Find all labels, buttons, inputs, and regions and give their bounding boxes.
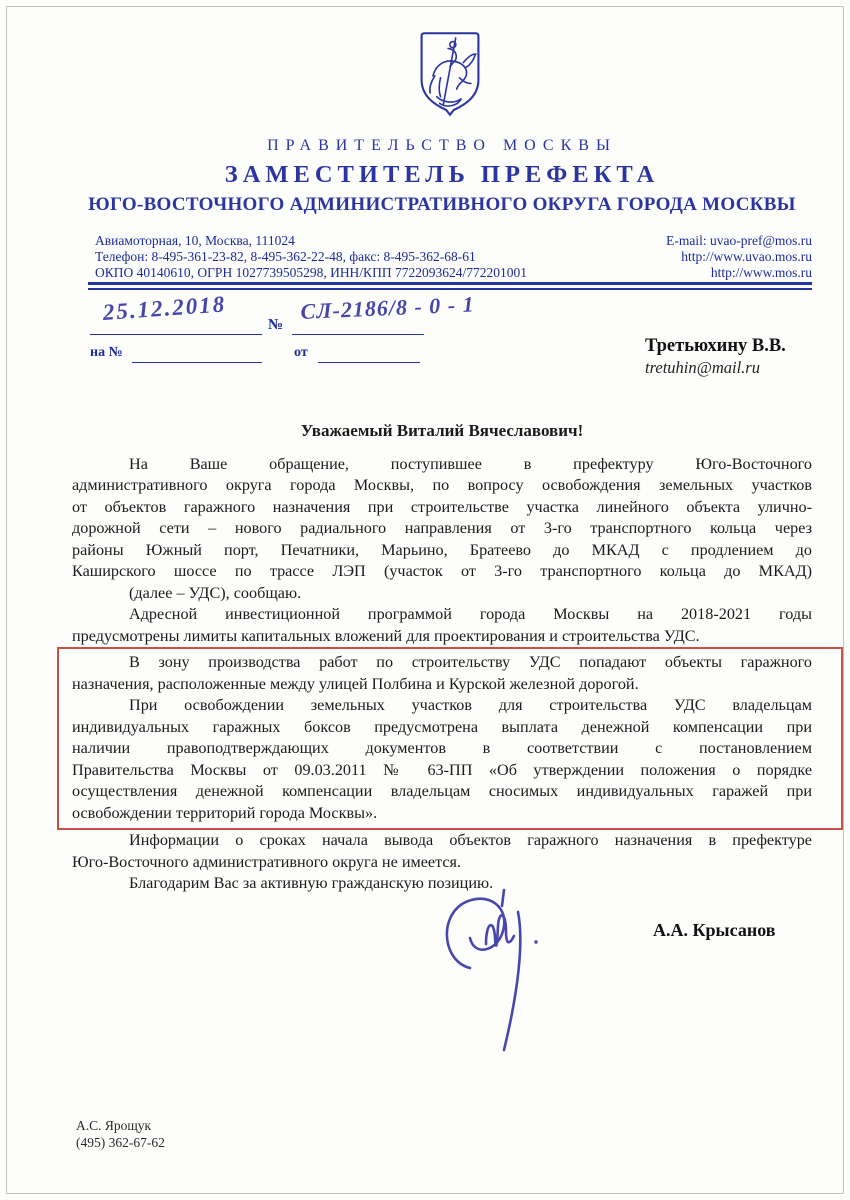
body-line: районы Южный порт, Печатники, Марьино, Б… — [72, 540, 812, 562]
recipient-name: Третьюхину В.В. — [645, 335, 786, 357]
office-title: ЗАМЕСТИТЕЛЬ ПРЕФЕКТА — [72, 161, 812, 189]
salutation: Уважаемый Виталий Вячеславович! — [72, 420, 812, 442]
executor-phone: (495) 362-67-62 — [76, 1135, 165, 1152]
paragraph-4: При освобождении земельных участков для … — [72, 695, 812, 824]
reply-number-underline — [132, 362, 262, 363]
body-line: Информации о сроках начала вывода объект… — [72, 830, 812, 852]
website-mos: http://www.mos.ru — [666, 265, 812, 281]
letter-body: Уважаемый Виталий Вячеславович! На Ваше … — [72, 420, 812, 895]
body-line: наличии правоподтверждающих документов в… — [72, 738, 812, 760]
body-line: административного округа города Москвы, … — [72, 475, 812, 497]
letter-page: ПРАВИТЕЛЬСТВО МОСКВЫ ЗАМЕСТИТЕЛЬ ПРЕФЕКТ… — [0, 0, 850, 1200]
reply-to-label: на № — [90, 345, 123, 361]
body-line: В зону производства работ по строительст… — [72, 652, 812, 674]
executor-name: А.С. Ярощук — [76, 1118, 165, 1135]
website-uvao: http://www.uvao.mos.ru — [666, 249, 812, 265]
body-line: Адресной инвестиционной программой город… — [72, 604, 812, 626]
handwritten-date: 25.12.2018 — [102, 291, 227, 326]
recipient-block: Третьюхину В.В. tretuhin@mail.ru — [645, 335, 786, 379]
body-line: осуществления денежной компенсации владе… — [72, 781, 812, 803]
signatory-name: А.А. Крысанов — [653, 920, 775, 941]
number-underline — [292, 334, 424, 335]
registry-codes: ОКПО 40140610, ОГРН 1027739505298, ИНН/К… — [95, 265, 527, 281]
reply-from-label: от — [294, 345, 308, 361]
phone-fax: Телефон: 8-495-361-23-82, 8-495-362-22-4… — [95, 249, 527, 265]
body-line: индивидуальных гаражных боксов предусмот… — [72, 717, 812, 739]
signature-icon — [440, 882, 590, 1060]
highlight-box: В зону производства работ по строительст… — [57, 647, 843, 830]
office-subtitle: ЮГО-ВОСТОЧНОГО АДМИНИСТРАТИВНОГО ОКРУГА … — [72, 194, 812, 216]
email-line: E-mail: uvao-pref@mos.ru — [666, 233, 812, 249]
paragraph-3: В зону производства работ по строительст… — [72, 652, 812, 695]
postal-address: Авиамоторная, 10, Москва, 111024 — [95, 233, 527, 249]
body-line: назначения, расположенные между улицей П… — [72, 674, 812, 696]
body-line: Правительства Москвы от 09.03.2011 № 63-… — [72, 760, 812, 782]
paragraph-1: На Ваше обращение, поступившее в префект… — [72, 454, 812, 605]
paragraph-2: Адресной инвестиционной программой город… — [72, 604, 812, 647]
moscow-coat-of-arms-icon — [414, 28, 486, 120]
body-line: При освобождении земельных участков для … — [72, 695, 812, 717]
body-line: освобождении территорий города Москвы». — [72, 803, 812, 825]
contact-block: Авиамоторная, 10, Москва, 111024 Телефон… — [95, 233, 812, 280]
date-underline — [90, 334, 262, 335]
contact-left: Авиамоторная, 10, Москва, 111024 Телефон… — [95, 233, 527, 280]
body-line: (далее – УДС), сообщаю. — [72, 583, 812, 605]
body-line: Каширского шоссе по трассе ЛЭП (участок … — [72, 561, 812, 583]
body-line: дорожной сети – нового радиального напра… — [72, 518, 812, 540]
body-line: предусмотрены лимиты капитальных вложени… — [72, 626, 812, 648]
recipient-email: tretuhin@mail.ru — [645, 357, 786, 379]
contact-right: E-mail: uvao-pref@mos.ru http://www.uvao… — [666, 233, 812, 280]
body-line: На Ваше обращение, поступившее в префект… — [72, 454, 812, 476]
header-divider — [88, 282, 812, 290]
paragraph-5: Информации о сроках начала вывода объект… — [72, 830, 812, 873]
body-line: Юго-Восточного административного округа … — [72, 852, 812, 874]
reply-date-underline — [318, 362, 420, 363]
executor-block: А.С. Ярощук (495) 362-67-62 — [76, 1118, 165, 1151]
government-name: ПРАВИТЕЛЬСТВО МОСКВЫ — [72, 137, 812, 155]
handwritten-ref-number: СЛ-2186/8 - 0 - 1 — [300, 291, 475, 325]
body-line: от объектов гаражного назначения при стр… — [72, 497, 812, 519]
number-label: № — [268, 317, 283, 334]
